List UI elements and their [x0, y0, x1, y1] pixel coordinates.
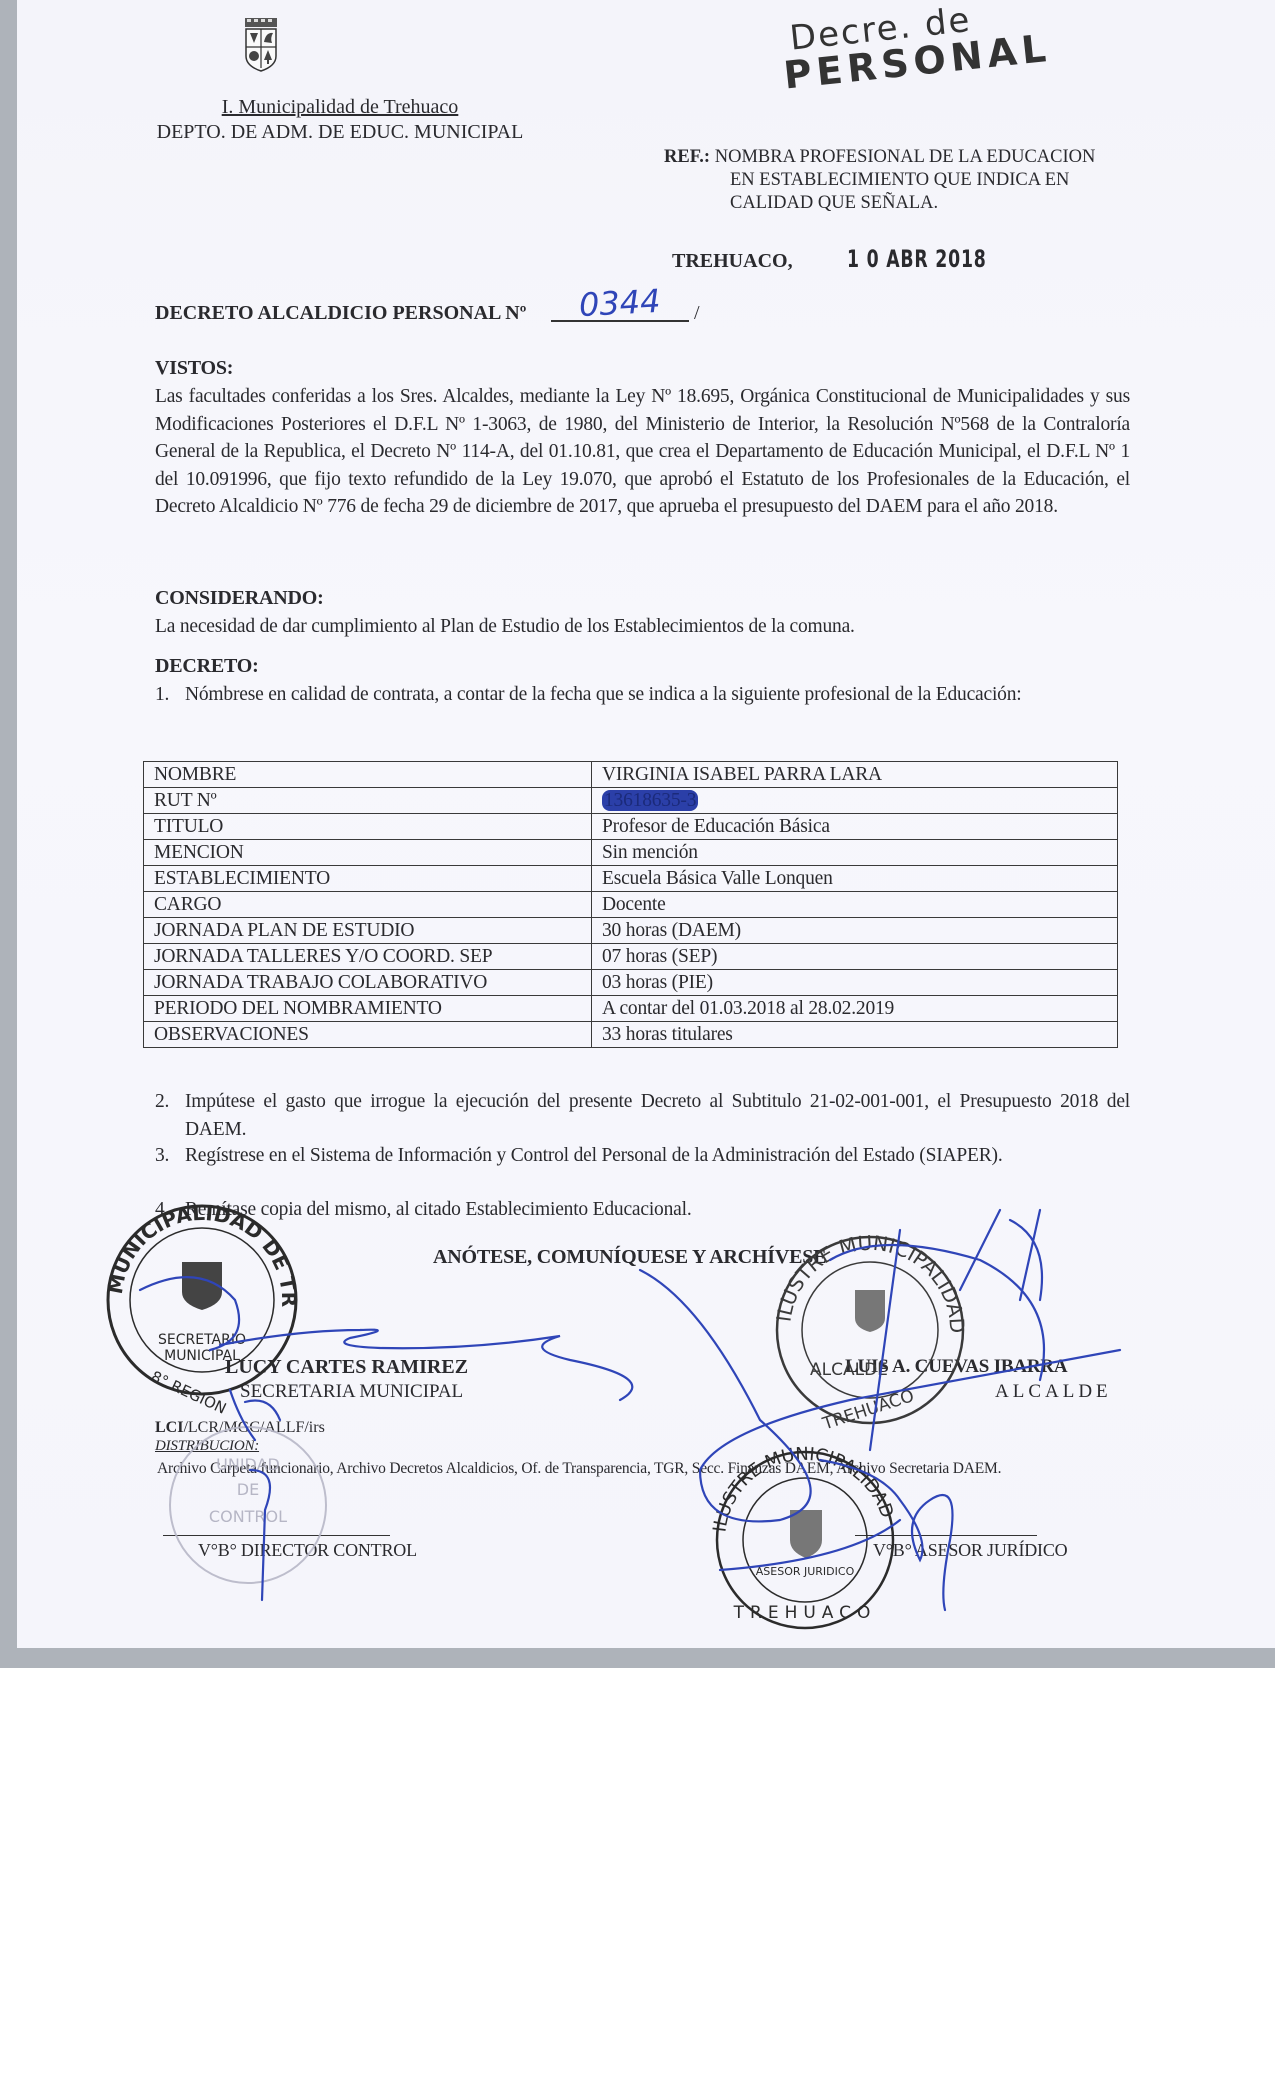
row-value: A contar del 01.03.2018 al 28.02.2019: [592, 996, 1118, 1022]
item-text: Impútese el gasto que irrogue la ejecuci…: [185, 1088, 1130, 1143]
row-value: 03 horas (PIE): [592, 970, 1118, 996]
row-value: Sin mención: [592, 840, 1118, 866]
row-value: VIRGINIA ISABEL PARRA LARA: [592, 762, 1118, 788]
initials-bold: LCI: [155, 1419, 183, 1436]
item-text: Remítase copia del mismo, al citado Esta…: [185, 1196, 1130, 1224]
row-label: TITULO: [144, 814, 592, 840]
rut-value-redacted: 13618635-3: [602, 790, 698, 811]
secretary-title: SECRETARIA MUNICIPAL: [240, 1381, 463, 1403]
reference-block: REF.: NOMBRA PROFESIONAL DE LA EDUCACION…: [664, 146, 1134, 215]
legal-approval-label: V°B° ASESOR JURÍDICO: [873, 1540, 1067, 1561]
decree-item-1: 1. Nómbrese en calidad de contrata, a co…: [155, 681, 1130, 737]
department-name: DEPTO. DE ADM. DE EDUC. MUNICIPAL: [150, 121, 530, 144]
reference-line-3: CALIDAD QUE SEÑALA.: [664, 192, 1134, 215]
decree-number-field: 0344: [551, 290, 689, 322]
secretary-name: LUCY CARTES RAMIREZ: [225, 1356, 468, 1379]
table-row: JORNADA TALLERES Y/O COORD. SEP07 horas …: [144, 944, 1118, 970]
table-row: RUT Nº13618635-3: [144, 788, 1118, 814]
table-row: OBSERVACIONES33 horas titulares: [144, 1022, 1118, 1048]
vistos-text: Las facultades conferidas a los Sres. Al…: [155, 383, 1130, 521]
row-value: Escuela Básica Valle Lonquen: [592, 866, 1118, 892]
row-label: JORNADA TRABAJO COLABORATIVO: [144, 970, 592, 996]
mayor-name: LUIS A. CUEVAS IBARRA: [845, 1356, 1067, 1378]
decree-slash: /: [694, 302, 700, 325]
considerando-heading: CONSIDERANDO:: [155, 587, 324, 610]
item-number: 4.: [155, 1196, 169, 1224]
item-number: 1.: [155, 681, 169, 709]
date-stamp: 1 0 ABR 2018: [847, 245, 987, 273]
initials: LCI/LCR/MGC/ALLF/irs: [155, 1419, 325, 1437]
closing-formula: ANÓTESE, COMUNÍQUESE Y ARCHÍVESE: [433, 1246, 826, 1269]
considerando-text: La necesidad de dar cumplimiento al Plan…: [155, 613, 1130, 641]
mayor-title: ALCALDE: [995, 1381, 1112, 1403]
decree-item-3: 3. Regístrese en el Sistema de Informaci…: [155, 1142, 1130, 1198]
coat-of-arms-icon: [242, 16, 280, 72]
row-label: PERIODO DEL NOMBRAMIENTO: [144, 996, 592, 1022]
reference-line-1: NOMBRA PROFESIONAL DE LA EDUCACION: [715, 147, 1096, 167]
row-value: 13618635-3: [592, 788, 1118, 814]
table-row: TITULOProfesor de Educación Básica: [144, 814, 1118, 840]
distribution-heading: DISTRIBUCION:: [155, 1438, 259, 1455]
initials-rest: /LCR/MGC/ALLF/irs: [183, 1419, 324, 1436]
item-text: Nómbrese en calidad de contrata, a conta…: [185, 681, 1130, 709]
row-label: ESTABLECIMIENTO: [144, 866, 592, 892]
row-value: 07 horas (SEP): [592, 944, 1118, 970]
distribution-text: Archivo Carpeta funcionario, Archivo Dec…: [157, 1460, 1157, 1478]
vistos-heading: VISTOS:: [155, 357, 233, 380]
row-label: NOMBRE: [144, 762, 592, 788]
place: TREHUACO,: [672, 250, 793, 273]
item-number: 2.: [155, 1088, 169, 1116]
row-label: JORNADA PLAN DE ESTUDIO: [144, 918, 592, 944]
row-label: RUT Nº: [144, 788, 592, 814]
control-approval-label: V°B° DIRECTOR CONTROL: [198, 1540, 417, 1561]
row-value: Profesor de Educación Básica: [592, 814, 1118, 840]
table-row: CARGODocente: [144, 892, 1118, 918]
decreto-heading: DECRETO:: [155, 655, 259, 678]
decree-item-4: 4. Remítase copia del mismo, al citado E…: [155, 1196, 1130, 1224]
row-label: OBSERVACIONES: [144, 1022, 592, 1048]
table-row: NOMBREVIRGINIA ISABEL PARRA LARA: [144, 762, 1118, 788]
table-row: PERIODO DEL NOMBRAMIENTOA contar del 01.…: [144, 996, 1118, 1022]
table-row: JORNADA PLAN DE ESTUDIO30 horas (DAEM): [144, 918, 1118, 944]
row-label: MENCION: [144, 840, 592, 866]
decree-number: 0344: [578, 282, 661, 324]
reference-line-2: EN ESTABLECIMIENTO QUE INDICA EN: [664, 169, 1134, 192]
control-signature-line: [163, 1535, 390, 1536]
table-row: ESTABLECIMIENTOEscuela Básica Valle Lonq…: [144, 866, 1118, 892]
item-number: 3.: [155, 1142, 169, 1170]
reference-label: REF.:: [664, 147, 710, 167]
appointment-table: NOMBREVIRGINIA ISABEL PARRA LARARUT Nº13…: [143, 761, 1118, 1048]
legal-signature-line: [855, 1535, 1037, 1536]
row-value: 30 horas (DAEM): [592, 918, 1118, 944]
row-value: Docente: [592, 892, 1118, 918]
table-row: JORNADA TRABAJO COLABORATIVO03 horas (PI…: [144, 970, 1118, 996]
item-text: Regístrese en el Sistema de Información …: [185, 1142, 1130, 1170]
decree-item-2: 2. Impútese el gasto que irrogue la ejec…: [155, 1088, 1130, 1144]
row-label: CARGO: [144, 892, 592, 918]
row-value: 33 horas titulares: [592, 1022, 1118, 1048]
municipality-name: I. Municipalidad de Trehuaco: [150, 96, 530, 119]
decree-title: DECRETO ALCALDICIO PERSONAL Nº: [155, 302, 526, 325]
table-row: MENCIONSin mención: [144, 840, 1118, 866]
row-label: JORNADA TALLERES Y/O COORD. SEP: [144, 944, 592, 970]
